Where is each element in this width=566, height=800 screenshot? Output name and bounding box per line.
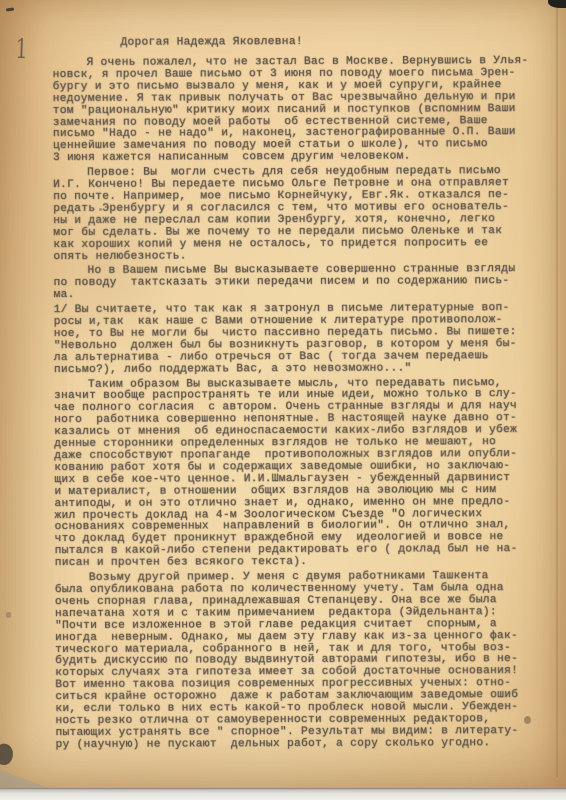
salutation-line: Дорогая Надежда Яковлевна! [52,35,530,49]
paper-tear-shadow [0,742,15,767]
paper-corner-shadow [0,764,52,789]
typewritten-line: писан и прочтен без всякого текста). [55,556,533,570]
typewritten-line: опять нелюбезность. [53,249,531,263]
letter-page: 1 Дорогая Надежда Яковлевна! Я очень пож… [0,0,566,789]
typewritten-line: ма. [54,288,532,302]
paragraph: Возьму другой пример. У меня с двумя раб… [55,571,534,752]
typewritten-line: 3 июня кажется написанным совсем другим … [53,151,531,165]
typewritten-line: письмо?), либо поддержать Вас, а это нев… [54,363,532,377]
pencil-mark [6,7,14,11]
typewritten-line: ру (научную) не пускают дельных работ, а… [56,738,534,752]
letter-body: Я очень пожалел, что не застал Вас в Мос… [53,56,534,752]
paragraph: Но в Вашем письме Вы высказываете соверш… [53,264,531,302]
paper-speck [6,612,11,618]
paragraph: Первое: Вы могли счесть для себя неудобн… [53,166,531,263]
paper-crease [556,0,558,777]
paragraph: Таким образом Вы высказываете мысль, что… [54,378,533,571]
letter-text: Дорогая Надежда Яковлевна! Я очень пожал… [52,35,533,755]
scanned-letter-photo: 1 Дорогая Надежда Яковлевна! Я очень пож… [0,0,566,800]
handwritten-page-number: 1 [15,36,28,63]
typewritten-line: по поводу тактсказать этики передачи пис… [53,276,531,290]
typewritten-line: как хороших копий у меня не осталось, то… [53,238,531,252]
paragraph: Я очень пожалел, что не застал Вас в Мос… [53,56,531,165]
paragraph: 1/ Вы считаете, что так как я затронул в… [54,303,532,377]
photo-background-strip [0,788,566,800]
